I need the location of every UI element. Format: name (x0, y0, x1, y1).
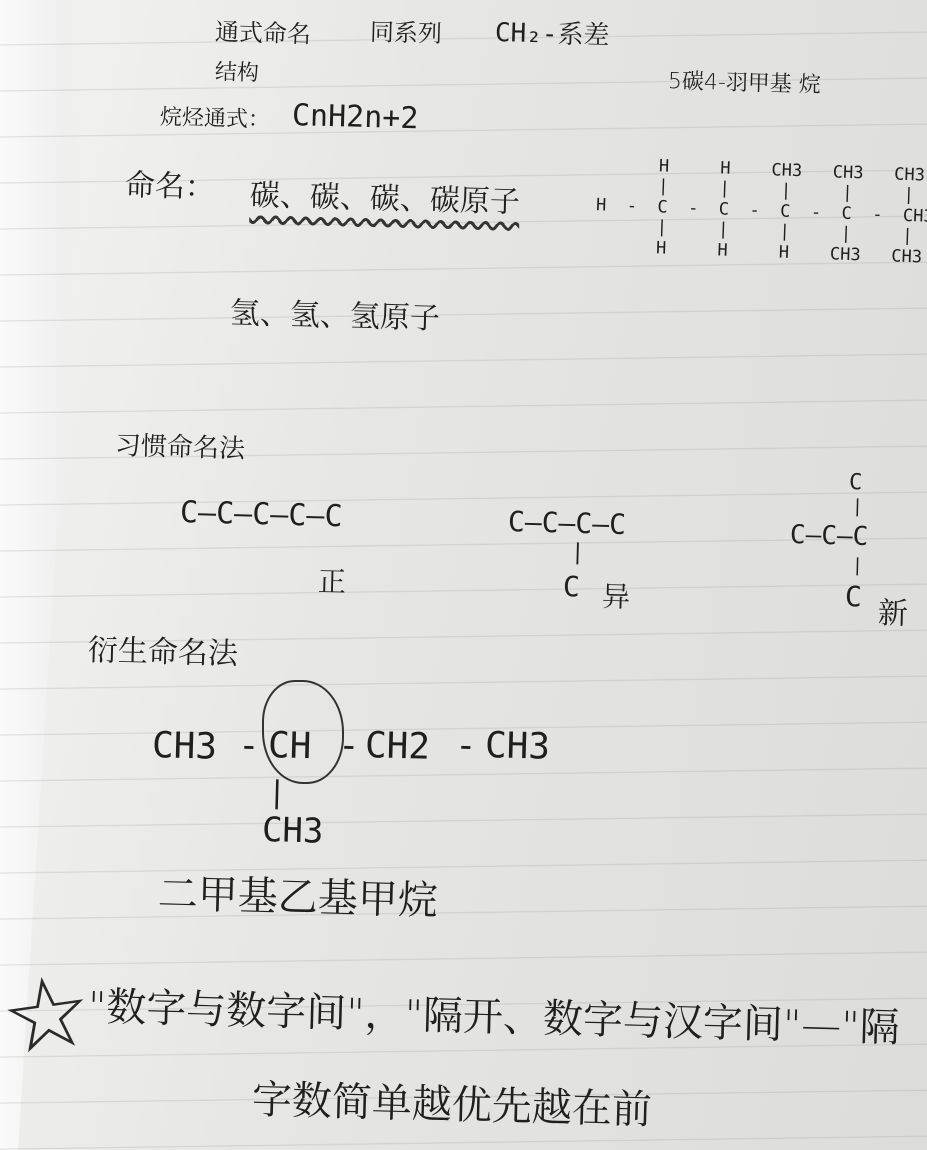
iso-prefix: 异 (601, 575, 630, 616)
neo-middle-chain: C—C—C (790, 520, 869, 552)
derivative-naming-label: 衍生命名法 (87, 625, 238, 673)
top-right-compound-name: 5碳4-羽甲基 烷 (668, 64, 822, 99)
homologous-series-label: 同系列 (370, 12, 443, 49)
neo-bottom-carbon: C (845, 580, 863, 613)
normal-prefix: 正 (317, 560, 346, 601)
iso-chain: C—C—C—C (508, 505, 627, 541)
naming-rule-hydrogen: 氢、氢、氢原子 (229, 288, 440, 337)
bond: - (454, 725, 477, 767)
branch-ch3: CH3 (261, 810, 323, 852)
general-naming-heading: 通式命名 (215, 12, 312, 50)
iso-bond: | (571, 540, 585, 565)
bond: - (237, 725, 260, 767)
neo-bond-top: | (852, 496, 863, 517)
alkane-formula-label: 烷烃通式： (160, 100, 271, 134)
naming-rule-carbon: 碳、碳、碳、碳原子 (249, 170, 520, 221)
circle-annotation (262, 680, 344, 784)
structural-formula-top: H H CH3 CH3 CH3 | | | | | H - C - C - C … (594, 154, 927, 268)
neo-top-carbon: C (849, 470, 863, 495)
main-chain-ch3-left: CH3 (151, 725, 217, 768)
derivative-compound-name: 二甲基乙基甲烷 (157, 862, 438, 926)
normal-chain: C—C—C—C—C (180, 495, 343, 534)
neo-prefix: 新 (877, 588, 908, 633)
branch-bond: | (268, 775, 287, 810)
naming-label: 命名： (124, 160, 215, 206)
main-chain-ch3-right: CH3 (484, 725, 550, 768)
structure-label: 结构 (215, 55, 260, 87)
bond: - (337, 725, 360, 767)
main-chain-ch2: CH2 (364, 725, 430, 768)
star-mark-icon: ☆ (0, 959, 98, 1071)
common-naming-label: 习惯命名法 (115, 425, 246, 465)
neo-bond-bottom: | (852, 555, 863, 576)
alkane-general-formula: CnH2n+2 (292, 98, 419, 136)
iso-branch: C (563, 570, 581, 603)
ch2-difference-label: CH₂-系差 (495, 12, 611, 52)
footer-note-line2: 字数简单越优先越在前 (251, 1068, 652, 1135)
